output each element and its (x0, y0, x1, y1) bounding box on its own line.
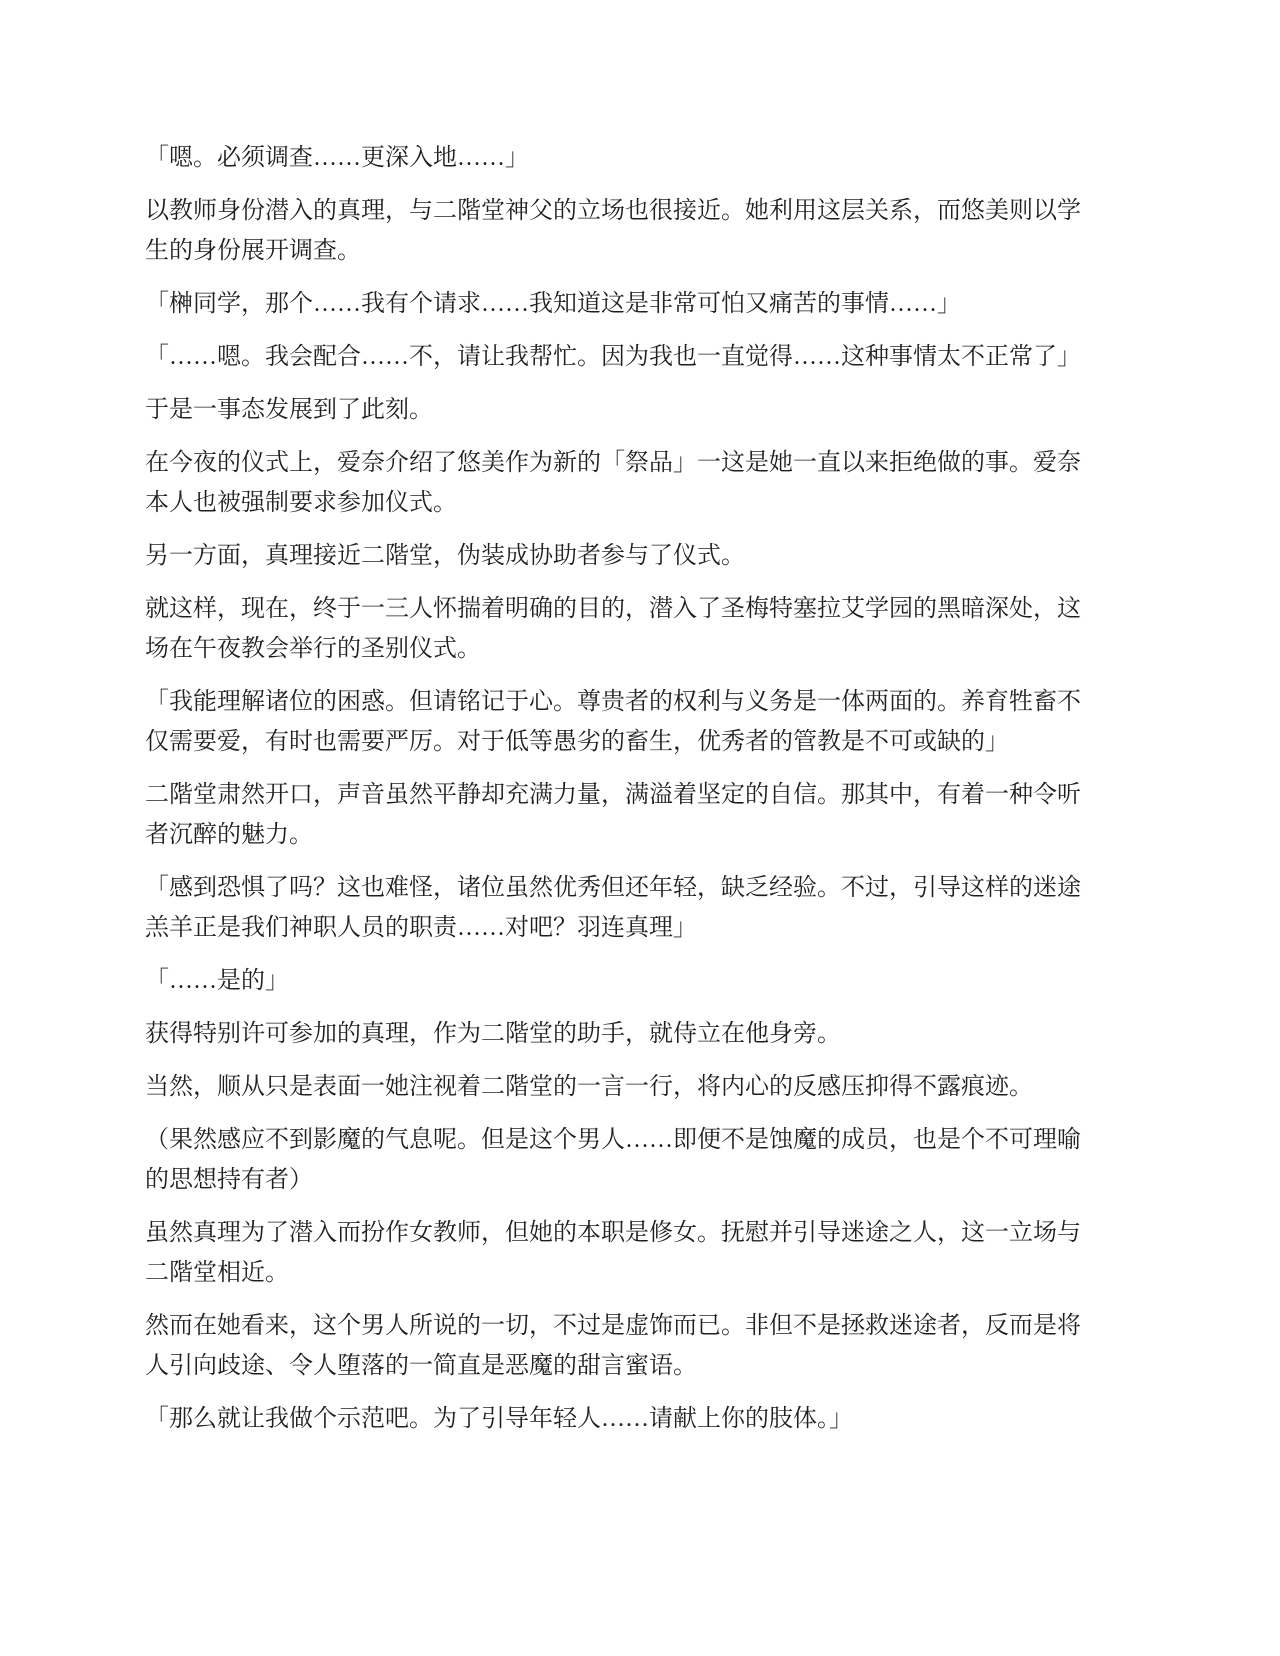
paragraph-narration: 在今夜的仪式上，爱奈介绍了悠美作为新的「祭品」一这是她一直以来拒绝做的事。爱奈本… (145, 443, 1081, 523)
document-body: 「嗯。必须调查……更深入地……」以教师身份潜入的真理，与二階堂神父的立场也很接近… (145, 138, 1081, 1439)
paragraph-narration: 然而在她看来，这个男人所说的一切，不过是虚饰而已。非但不是拯救迷途者，反而是将人… (145, 1306, 1081, 1386)
paragraph-dialogue: 「……是的」 (145, 961, 1081, 1001)
paragraph-narration: 于是一事态发展到了此刻。 (145, 390, 1081, 430)
paragraph-dialogue: 「……嗯。我会配合……不，请让我帮忙。因为我也一直觉得……这种事情太不正常了」 (145, 337, 1081, 377)
paragraph-dialogue: 「那么就让我做个示范吧。为了引导年轻人……请献上你的肢体。」 (145, 1399, 1081, 1439)
paragraph-narration: 获得特别许可参加的真理，作为二階堂的助手，就侍立在他身旁。 (145, 1014, 1081, 1054)
paragraph-narration: 虽然真理为了潜入而扮作女教师，但她的本职是修女。抚慰并引导迷途之人，这一立场与二… (145, 1213, 1081, 1293)
page: { "page": { "background": "#ffffff", "te… (0, 0, 1280, 1656)
paragraph-narration: 当然，顺从只是表面一她注视着二階堂的一言一行，将内心的反感压抑得不露痕迹。 (145, 1067, 1081, 1107)
paragraph-narration: 另一方面，真理接近二階堂，伪装成协助者参与了仪式。 (145, 536, 1081, 576)
paragraph-narration: 二階堂肃然开口，声音虽然平静却充满力量，满溢着坚定的自信。那其中，有着一种令听者… (145, 775, 1081, 855)
paragraph-dialogue: 「嗯。必须调查……更深入地……」 (145, 138, 1081, 178)
paragraph-narration: 就这样，现在，终于一三人怀揣着明确的目的，潜入了圣梅特塞拉艾学园的黑暗深处，这场… (145, 589, 1081, 669)
paragraph-thought: （果然感应不到影魔的气息呢。但是这个男人……即便不是蚀魔的成员，也是个不可理喻的… (145, 1120, 1081, 1200)
paragraph-narration: 以教师身份潜入的真理，与二階堂神父的立场也很接近。她利用这层关系，而悠美则以学生… (145, 191, 1081, 271)
document-page: 「嗯。必须调查……更深入地……」以教师身份潜入的真理，与二階堂神父的立场也很接近… (0, 0, 1280, 1656)
paragraph-dialogue: 「感到恐惧了吗？这也难怪，诸位虽然优秀但还年轻，缺乏经验。不过，引导这样的迷途羔… (145, 868, 1081, 948)
paragraph-dialogue: 「我能理解诸位的困惑。但请铭记于心。尊贵者的权利与义务是一体两面的。养育牲畜不仅… (145, 682, 1081, 762)
paragraph-dialogue: 「榊同学，那个……我有个请求……我知道这是非常可怕又痛苦的事情……」 (145, 284, 1081, 324)
